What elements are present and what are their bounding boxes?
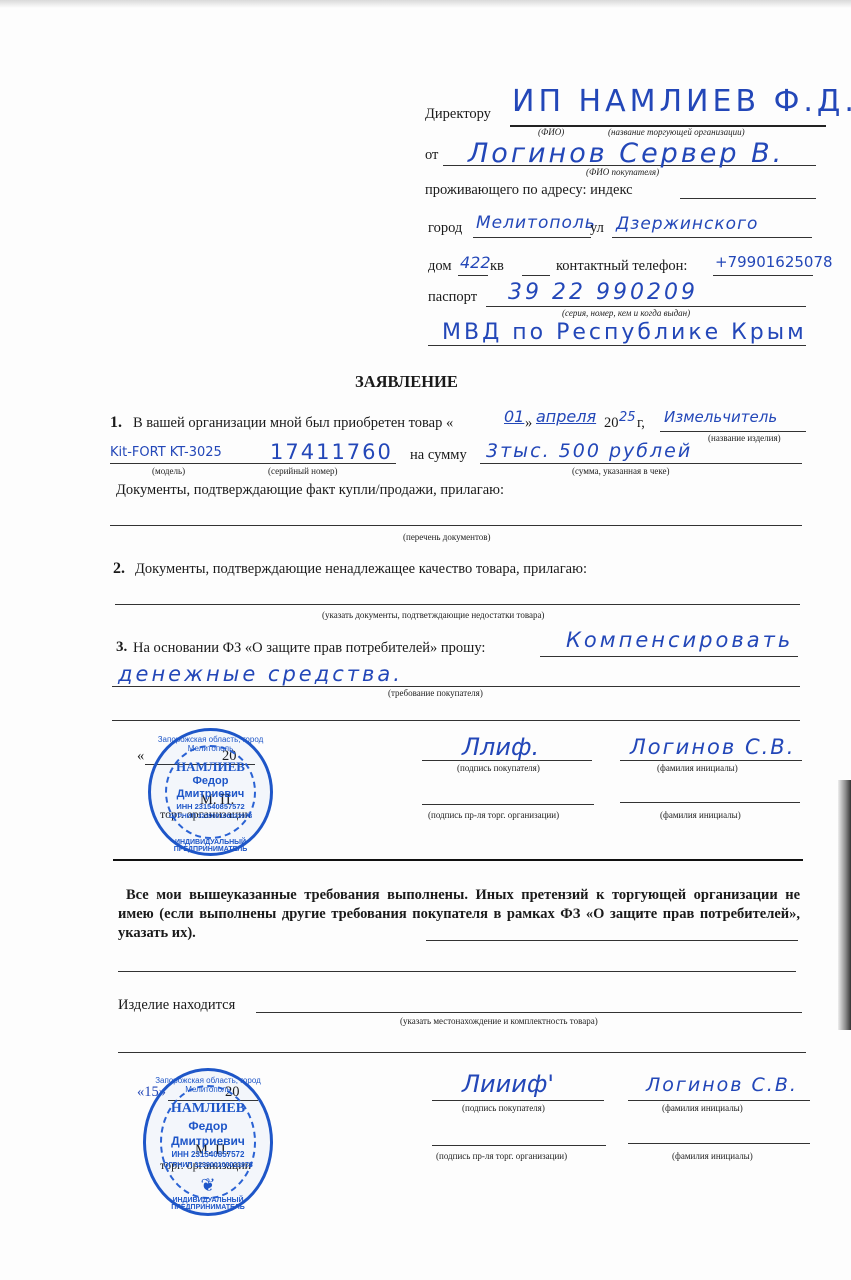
apt-line[interactable] [522,275,550,276]
scan-top-edge [0,0,851,8]
street-value[interactable]: Дзержинского [616,214,758,234]
request-line-3[interactable] [112,720,800,721]
purchase-month[interactable]: апреля [536,407,596,426]
seller-name-line-1[interactable] [620,802,800,803]
seller-sig-caption-2: (подпись пр-ля торг. организации) [436,1151,567,1161]
buyer-name-1[interactable]: Логинов С.В. [630,735,795,759]
address-label: проживающего по адресу: индекс [425,182,633,199]
from-caption: (ФИО покупателя) [586,167,659,177]
phone-line [713,275,813,276]
sum-value[interactable]: 3тыс. 500 рублей [486,440,692,462]
phone-value[interactable]: +79901625078 [715,253,833,271]
passport-issuer-line [428,345,806,346]
buyer-signature-2[interactable]: Лиииф' [462,1070,554,1098]
director-label: Директору [425,106,491,123]
closing-line-1[interactable] [426,940,798,941]
item-location-label: Изделие находится [118,997,235,1014]
request-line-2 [112,686,800,687]
index-line[interactable] [680,198,816,199]
director-value[interactable]: ИП НАМЛИЕВ Ф.Д. [512,84,851,119]
street-label: ул [590,220,604,237]
closing-line-2[interactable] [118,971,796,972]
house-label: дом [428,258,452,275]
document-title: ЗАЯВЛЕНИЕ [355,372,458,392]
product-line [660,431,806,432]
seal-stamp-1: Запорожская область, город Мелитополь НА… [148,728,273,856]
model-value[interactable]: Kit-FORT KT-3025 [110,445,222,460]
section-1-text: В вашей организации мной был приобретен … [133,415,453,432]
item-location-line-2[interactable] [118,1052,806,1053]
section-2-line[interactable] [115,604,800,605]
docs-line[interactable] [110,525,802,526]
house-value[interactable]: 422 [460,253,491,272]
section-3-number: 3. [116,639,127,656]
apt-label: кв [490,258,504,275]
section-3-text: На основании ФЗ «О защите прав потребите… [133,640,485,657]
buyer-signature-1[interactable]: Ллиф. [462,733,539,761]
request-value-1[interactable]: Компенсировать [566,628,793,652]
buyer-name-caption-1: (фамилия инициалы) [657,763,738,773]
section-2-number: 2. [113,560,125,578]
docs-text: Документы, подтверждающие факт купли/про… [116,482,504,499]
section-2-text: Документы, подтверждающие ненадлежащее к… [135,561,587,578]
product-name[interactable]: Измельчитель [664,408,777,426]
seal-stamp-2: Запорожская область, город Мелитополь НА… [143,1068,273,1216]
section-3-caption: (требование покупателя) [388,688,483,698]
from-label: от [425,147,438,164]
seller-name-caption-2: (фамилия инициалы) [672,1151,753,1161]
from-value[interactable]: Логинов Сервер В. [468,138,784,169]
buyer-name-line-1 [620,760,802,761]
passport-line [486,306,806,307]
scan-right-edge [838,780,851,1030]
closing-statement: Все мои вышеуказанные требования выполне… [118,886,800,943]
buyer-name-line-2 [628,1100,810,1101]
seller-signature-line-2[interactable] [432,1145,606,1146]
serial-value[interactable]: 17411760 [270,440,393,464]
phone-label: контактный телефон: [556,258,687,275]
passport-label: паспорт [428,289,477,306]
city-value[interactable]: Мелитополь [476,213,596,233]
buyer-sig-caption-2: (подпись покупателя) [462,1103,545,1113]
request-value-2[interactable]: денежные средства. [118,662,403,686]
city-label: город [428,220,462,237]
item-location-line[interactable] [256,1012,802,1013]
serial-caption: (серийный номер) [268,466,338,476]
seller-name-caption-1: (фамилия инициалы) [660,810,741,820]
city-line [473,237,591,238]
request-line-1 [540,656,798,657]
passport-issuer[interactable]: МВД по Республике Крым [442,320,807,345]
street-line [612,237,812,238]
seller-signature-line-1[interactable] [422,804,594,805]
buyer-name-caption-2: (фамилия инициалы) [662,1103,743,1113]
sum-line [480,463,802,464]
date-open-1: « [137,748,144,765]
director-caption-org: (название торгующей организации) [608,127,745,137]
buyer-signature-line-2 [432,1100,604,1101]
seller-name-line-2[interactable] [628,1143,810,1144]
director-caption-fio: (ФИО) [538,127,564,137]
ornament-icon: ❦ [146,1175,270,1196]
year-end: г, [637,415,645,432]
sum-label: на сумму [410,447,467,464]
model-caption: (модель) [152,466,185,476]
seller-sig-caption-1: (подпись пр-ля торг. организации) [428,810,559,820]
passport-value[interactable]: 39 22 990209 [508,280,698,305]
sum-caption: (сумма, указанная в чеке) [572,466,670,476]
buyer-name-2[interactable]: Логинов С.В. [646,1074,798,1096]
passport-caption: (серия, номер, кем и когда выдан) [562,308,690,318]
purchase-day[interactable]: 01 [504,407,524,426]
section-1-number: 1. [110,414,122,432]
year-prefix: 20 [604,415,619,432]
section-2-caption: (указать документы, подтветждающие недос… [322,610,544,620]
buyer-sig-caption-1: (подпись покупателя) [457,763,540,773]
item-location-caption: (указать местонахождение и комплектность… [400,1016,598,1026]
purchase-year[interactable]: 25 [619,410,636,425]
house-line [458,275,488,276]
docs-caption: (перечень документов) [403,532,491,542]
section-divider [113,859,803,861]
product-caption: (название изделия) [708,433,781,443]
